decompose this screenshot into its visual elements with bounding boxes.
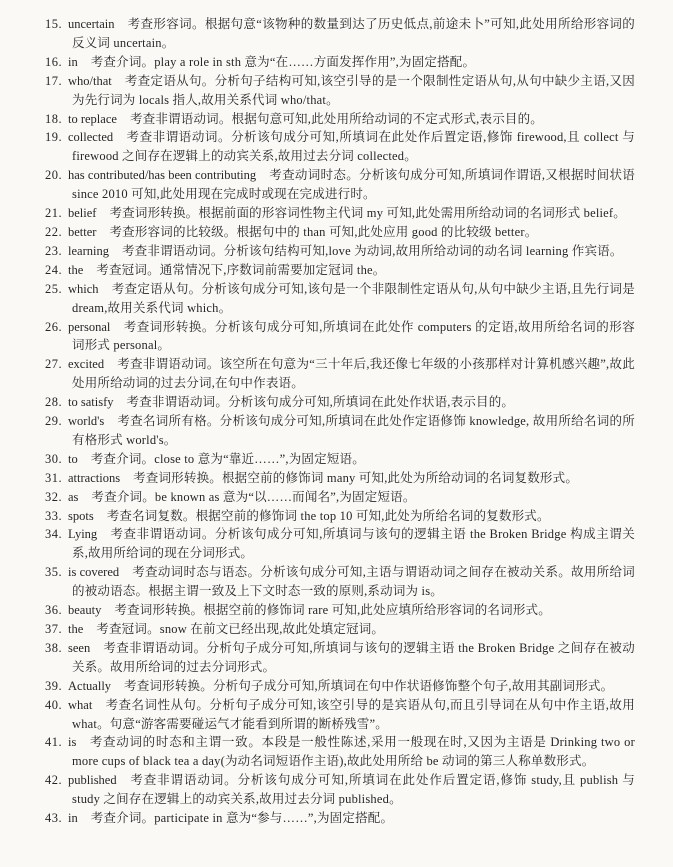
item-answer: the — [68, 622, 83, 636]
item-answer: personal — [68, 320, 110, 334]
answer-list: 15.uncertain考查形容词。根据句意“该物种的数量到达了历史低点,前途未… — [45, 15, 635, 828]
item-answer: spots — [68, 509, 94, 523]
item-explanation: 考查词形转换。分析该句成分可知,所填词在此处作 computers 的定语,故用… — [72, 320, 635, 353]
item-number: 21. — [45, 204, 68, 223]
item-answer: attractions — [68, 471, 120, 485]
item-explanation: 考查名词所有格。分析该句成分可知,所填词在此处作定语修饰 knowledge, … — [72, 414, 635, 447]
item-answer: belief — [68, 206, 96, 220]
item-answer: the — [68, 263, 83, 277]
item-number: 17. — [45, 72, 68, 91]
item-explanation: 考查非谓语动词。根据句意可知,此处用所给动词的不定式形式,表示目的。 — [130, 112, 543, 126]
item-explanation: 考查非谓语动词。分析该句结构可知,love 为动词,故用所给动词的动名词 lea… — [122, 244, 623, 258]
answer-item: 25.which考查定语从句。分析该句成分可知,该句是一个非限制性定语从句,从句… — [45, 280, 635, 318]
item-answer: in — [68, 811, 78, 825]
answer-item: 29.world's考查名词所有格。分析该句成分可知,所填词在此处作定语修饰 k… — [45, 412, 635, 450]
item-answer: world's — [68, 414, 104, 428]
item-explanation: 考查非谓语动词。分析句子成分可知,所填词与该句的逻辑主语 the Broken … — [72, 641, 635, 674]
answer-key-page: 15.uncertain考查形容词。根据句意“该物种的数量到达了历史低点,前途未… — [0, 0, 673, 867]
item-number: 38. — [45, 639, 68, 658]
answer-item: 41.is考查动词的时态和主谓一致。本段是一般性陈述,采用一般现在时,又因为主语… — [45, 733, 635, 771]
item-answer: collected — [68, 130, 113, 144]
item-answer: seen — [68, 641, 90, 655]
item-explanation: 考查词形转换。根据空前的修饰词 many 可知,此处为所给动词的名词复数形式。 — [133, 471, 578, 485]
answer-item: 24.the考查冠词。通常情况下,序数词前需要加定冠词 the。 — [45, 261, 635, 280]
item-number: 19. — [45, 128, 68, 147]
answer-item: 26.personal考查词形转换。分析该句成分可知,所填词在此处作 compu… — [45, 318, 635, 356]
answer-item: 38.seen考查非谓语动词。分析句子成分可知,所填词与该句的逻辑主语 the … — [45, 639, 635, 677]
answer-item: 43.in考查介词。participate in 意为“参与……”,为固定搭配。 — [45, 809, 635, 828]
answer-item: 30.to考查介词。close to 意为“靠近……”,为固定短语。 — [45, 450, 635, 469]
answer-item: 35.is covered考查动词时态与语态。分析该句成分可知,主语与谓语动词之… — [45, 563, 635, 601]
answer-item: 21.belief考查词形转换。根据前面的形容词性物主代词 my 可知,此处需用… — [45, 204, 635, 223]
answer-item: 15.uncertain考查形容词。根据句意“该物种的数量到达了历史低点,前途未… — [45, 15, 635, 53]
item-explanation: 考查名词复数。根据空前的修饰词 the top 10 可知,此处为所给名词的复数… — [107, 509, 550, 523]
answer-item: 19.collected考查非谓语动词。分析该句成分可知,所填词在此处作后置定语… — [45, 128, 635, 166]
item-explanation: 考查介词。close to 意为“靠近……”,为固定短语。 — [91, 452, 365, 466]
item-number: 31. — [45, 469, 68, 488]
item-answer: better — [68, 225, 96, 239]
item-explanation: 考查动词时态与语态。分析该句成分可知,主语与谓语动词之间存在被动关系。故用所给词… — [72, 565, 635, 598]
answer-item: 20.has contributed/has been contributing… — [45, 166, 635, 204]
item-number: 40. — [45, 696, 68, 715]
item-number: 22. — [45, 223, 68, 242]
item-number: 30. — [45, 450, 68, 469]
item-answer: what — [68, 698, 92, 712]
item-number: 42. — [45, 771, 68, 790]
item-explanation: 考查词形转换。根据前面的形容词性物主代词 my 可知,此处需用所给动词的名词形式… — [109, 206, 626, 220]
item-number: 15. — [45, 15, 68, 34]
item-number: 26. — [45, 318, 68, 337]
item-number: 20. — [45, 166, 68, 185]
item-answer: uncertain — [68, 17, 115, 31]
item-number: 43. — [45, 809, 68, 828]
item-explanation: 考查介词。play a role in sth 意为“在……方面发挥作用”,为固… — [91, 55, 475, 69]
item-answer: beauty — [68, 603, 101, 617]
item-explanation: 考查非谓语动词。分析该句成分可知,所填词在此处作后置定语,修饰 study,且 … — [72, 773, 635, 806]
answer-item: 28.to satisfy考查非谓语动词。分析该句成分可知,所填词在此处作状语,… — [45, 393, 635, 412]
item-answer: who/that — [68, 74, 112, 88]
item-explanation: 考查非谓语动词。分析该句成分可知,所填词与该句的逻辑主语 the Broken … — [72, 527, 635, 560]
answer-item: 40.what考查名词性从句。分析句子成分可知,该空引导的是宾语从句,而且引导词… — [45, 696, 635, 734]
item-explanation: 考查定语从句。分析该句成分可知,该句是一个非限制性定语从句,从句中缺少主语,且先… — [72, 282, 635, 315]
item-answer: has contributed/has been contributing — [68, 168, 256, 182]
item-answer: which — [68, 282, 99, 296]
item-explanation: 考查形容词。根据句意“该物种的数量到达了历史低点,前途未卜”可知,此处用所给形容… — [72, 17, 635, 50]
answer-item: 27.excited考查非谓语动词。该空所在句意为“三十年后,我还像七年级的小孩… — [45, 355, 635, 393]
item-answer: as — [68, 490, 78, 504]
item-answer: to satisfy — [68, 395, 113, 409]
item-number: 18. — [45, 110, 68, 129]
item-explanation: 考查非谓语动词。分析该句成分可知,所填词在此处作后置定语,修饰 firewood… — [72, 130, 635, 163]
item-number: 23. — [45, 242, 68, 261]
answer-item: 33.spots考查名词复数。根据空前的修饰词 the top 10 可知,此处… — [45, 507, 635, 526]
item-explanation: 考查非谓语动词。分析该句成分可知,所填词在此处作状语,表示目的。 — [126, 395, 514, 409]
item-explanation: 考查介词。participate in 意为“参与……”,为固定搭配。 — [91, 811, 393, 825]
item-answer: in — [68, 55, 78, 69]
answer-item: 16.in考查介词。play a role in sth 意为“在……方面发挥作… — [45, 53, 635, 72]
item-answer: published — [68, 773, 117, 787]
answer-item: 36.beauty考查词形转换。根据空前的修饰词 rare 可知,此处应填所给形… — [45, 601, 635, 620]
item-explanation: 考查介词。be known as 意为“以……而闻名”,为固定短语。 — [91, 490, 415, 504]
answer-item: 42.published考查非谓语动词。分析该句成分可知,所填词在此处作后置定语… — [45, 771, 635, 809]
answer-item: 23.learning考查非谓语动词。分析该句结构可知,love 为动词,故用所… — [45, 242, 635, 261]
item-number: 36. — [45, 601, 68, 620]
item-explanation: 考查形容词的比较级。根据句中的 than 可知,此处应用 good 的比较级 b… — [109, 225, 537, 239]
item-explanation: 考查定语从句。分析句子结构可知,该空引导的是一个限制性定语从句,从句中缺少主语,… — [72, 74, 635, 107]
item-answer: Lying — [68, 527, 97, 541]
item-number: 35. — [45, 563, 68, 582]
item-explanation: 考查冠词。通常情况下,序数词前需要加定冠词 the。 — [96, 263, 385, 277]
item-number: 33. — [45, 507, 68, 526]
item-number: 27. — [45, 355, 68, 374]
item-answer: excited — [68, 357, 104, 371]
item-number: 39. — [45, 677, 68, 696]
item-explanation: 考查名词性从句。分析句子成分可知,该空引导的是宾语从句,而且引导词在从句中作主语… — [72, 698, 635, 731]
answer-item: 17.who/that考查定语从句。分析句子结构可知,该空引导的是一个限制性定语… — [45, 72, 635, 110]
item-answer: is — [68, 735, 76, 749]
item-explanation: 考查动词的时态和主谓一致。本段是一般性陈述,采用一般现在时,又因为主语是 Dri… — [72, 735, 635, 768]
item-explanation: 考查冠词。snow 在前文已经出现,故此处填定冠词。 — [96, 622, 384, 636]
answer-item: 32.as考查介词。be known as 意为“以……而闻名”,为固定短语。 — [45, 488, 635, 507]
item-explanation: 考查词形转换。分析句子成分可知,所填词在句中作状语修饰整个句子,故用其副词形式。 — [124, 679, 613, 693]
answer-item: 37.the考查冠词。snow 在前文已经出现,故此处填定冠词。 — [45, 620, 635, 639]
item-number: 24. — [45, 261, 68, 280]
item-number: 29. — [45, 412, 68, 431]
answer-item: 31.attractions考查词形转换。根据空前的修饰词 many 可知,此处… — [45, 469, 635, 488]
item-answer: Actually — [68, 679, 111, 693]
item-number: 34. — [45, 525, 68, 544]
item-number: 16. — [45, 53, 68, 72]
answer-item: 39.Actually考查词形转换。分析句子成分可知,所填词在句中作状语修饰整个… — [45, 677, 635, 696]
item-answer: learning — [68, 244, 109, 258]
item-answer: is covered — [68, 565, 119, 579]
answer-item: 18.to replace考查非谓语动词。根据句意可知,此处用所给动词的不定式形… — [45, 110, 635, 129]
item-number: 37. — [45, 620, 68, 639]
item-explanation: 考查词形转换。根据空前的修饰词 rare 可知,此处应填所给形容词的名词形式。 — [114, 603, 551, 617]
item-number: 41. — [45, 733, 68, 752]
item-explanation: 考查非谓语动词。该空所在句意为“三十年后,我还像七年级的小孩那样对计算机感兴趣”… — [72, 357, 635, 390]
item-number: 32. — [45, 488, 68, 507]
item-answer: to — [68, 452, 78, 466]
item-number: 28. — [45, 393, 68, 412]
answer-item: 22.better考查形容词的比较级。根据句中的 than 可知,此处应用 go… — [45, 223, 635, 242]
answer-item: 34.Lying考查非谓语动词。分析该句成分可知,所填词与该句的逻辑主语 the… — [45, 525, 635, 563]
item-number: 25. — [45, 280, 68, 299]
item-answer: to replace — [68, 112, 117, 126]
